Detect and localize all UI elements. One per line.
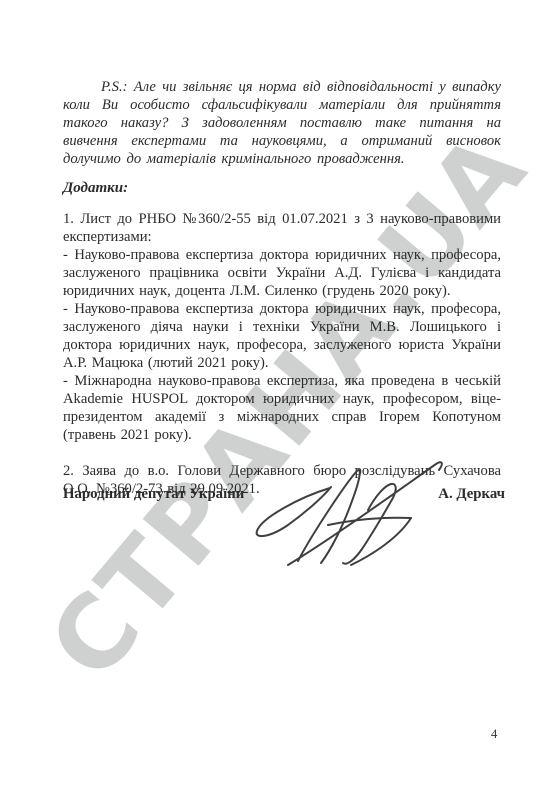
signatory-title: Народний депутат України (63, 486, 244, 503)
attachment-item: - Міжнародна науково-правова експертиза,… (63, 372, 501, 444)
attachments-heading: Додатки: (63, 179, 501, 197)
ps-paragraph: P.S.: Але чи звільняє ця норма від відпо… (63, 78, 501, 168)
signature-image (248, 448, 453, 573)
document-body: P.S.: Але чи звільняє ця норма від відпо… (63, 78, 501, 498)
attachment-item: - Науково-правова експертиза доктора юри… (63, 246, 501, 300)
page-number: 4 (491, 727, 497, 742)
document-page: СТРАНА.UA P.S.: Але чи звільняє ця норма… (0, 0, 557, 788)
attachment-item: 1. Лист до РНБО №360/2-55 від 01.07.2021… (63, 210, 501, 246)
attachment-item: - Науково-правова експертиза доктора юри… (63, 300, 501, 372)
